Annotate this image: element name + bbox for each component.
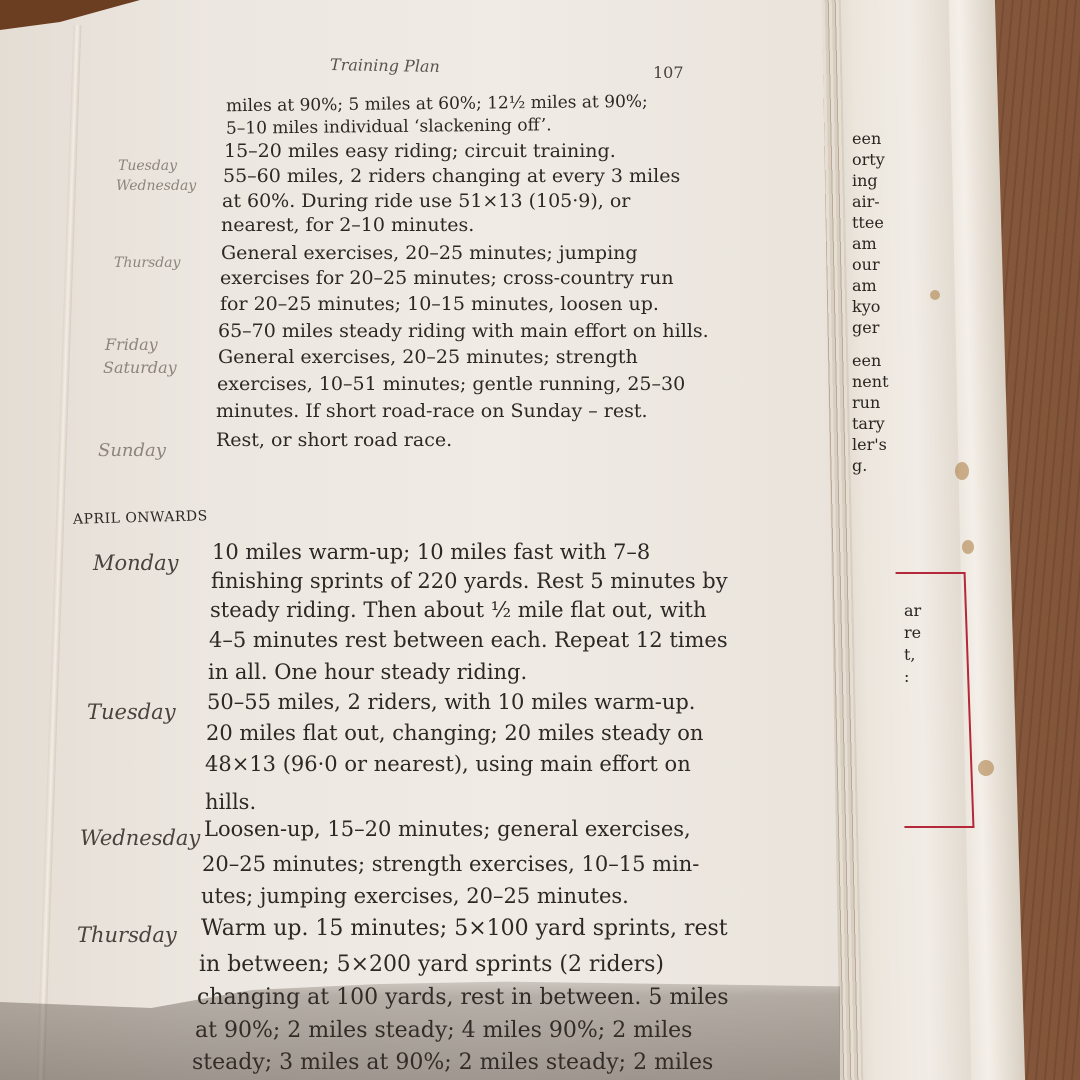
boxed-fragment: t, [904, 644, 921, 666]
fragment: air- [852, 191, 922, 212]
fragment-gap [852, 338, 922, 350]
foxing-stain [930, 290, 940, 300]
text-line: minutes. If short road-race on Sunday – … [216, 400, 648, 422]
text-line: Warm up. 15 minutes; 5×100 yard sprints,… [201, 916, 728, 941]
fragment: ler's [852, 434, 922, 455]
text-line: 20–25 minutes; strength exercises, 10–15… [202, 852, 699, 876]
text-line: 55–60 miles, 2 riders changing at every … [223, 165, 680, 187]
fragment: ttee [852, 212, 922, 233]
fragment: ing [852, 170, 922, 191]
day-label-thursday: Thursday [114, 255, 180, 271]
text-line: 20 miles flat out, changing; 20 miles st… [206, 721, 703, 745]
fragment: kyo [852, 296, 922, 317]
text-line: General exercises, 20–25 minutes; jumpin… [221, 242, 638, 264]
foxing-stain [962, 540, 974, 554]
fragment: tary [852, 413, 922, 434]
foxing-stain [955, 462, 969, 480]
day-label-friday: Friday [105, 335, 158, 354]
text-line: Rest, or short road race. [216, 429, 452, 451]
fragment: am [852, 233, 922, 254]
text-line: exercises for 20–25 minutes; cross-count… [220, 267, 674, 289]
day-label-sunday: Sunday [98, 440, 166, 461]
page-number: 107 [653, 63, 684, 82]
fragment: our [852, 254, 922, 275]
text-line: for 20–25 minutes; 10–15 minutes, loosen… [220, 293, 659, 315]
running-head: Training Plan [330, 55, 440, 76]
text-line: 10 miles warm-up; 10 miles fast with 7–8 [212, 540, 650, 564]
day-label-wednesday: Wednesday [116, 178, 196, 194]
day-label-monday: Monday [93, 551, 179, 575]
fragment: een [852, 350, 922, 371]
text-line: utes; jumping exercises, 20–25 minutes. [201, 884, 629, 908]
text-line: 65–70 miles steady riding with main effo… [218, 320, 709, 342]
text-line: 50–55 miles, 2 riders, with 10 miles war… [207, 690, 696, 714]
boxed-fragment: : [904, 666, 921, 688]
text-line: Loosen-up, 15–20 minutes; general exerci… [204, 817, 691, 841]
text-line: at 60%. During ride use 51×13 (105·9), o… [222, 190, 630, 212]
underlying-page-text: een orty ing air- ttee am our am kyo ger… [852, 128, 922, 476]
fragment: ger [852, 317, 922, 338]
text-line: exercises, 10–51 minutes; gentle running… [217, 373, 685, 395]
boxed-fragment: ar [904, 600, 921, 622]
fragment: nent [852, 371, 922, 392]
fragment: orty [852, 149, 922, 170]
text-line: nearest, for 2–10 minutes. [221, 214, 474, 236]
text-line: 15–20 miles easy riding; circuit trainin… [224, 140, 616, 162]
text-line: 4–5 minutes rest between each. Repeat 12… [209, 628, 728, 652]
fragment: een [852, 128, 922, 149]
day-label-wednesday: Wednesday [80, 826, 200, 850]
day-label-tuesday: Tuesday [87, 700, 176, 724]
boxed-fragment: re [904, 622, 921, 644]
text-line: finishing sprints of 220 yards. Rest 5 m… [211, 569, 728, 593]
text-line: 48×13 (96·0 or nearest), using main effo… [205, 752, 691, 776]
fragment: g. [852, 455, 922, 476]
text-line: General exercises, 20–25 minutes; streng… [218, 346, 638, 368]
boxed-text: ar re t, : [904, 600, 921, 688]
fragment: run [852, 392, 922, 413]
text-line: hills. [205, 790, 256, 814]
fragment: am [852, 275, 922, 296]
text-line: in all. One hour steady riding. [208, 660, 527, 684]
text-line: in between; 5×200 yard sprints (2 riders… [199, 952, 664, 977]
foxing-stain [978, 760, 994, 776]
day-label-saturday: Saturday [103, 358, 177, 377]
text-line: steady riding. Then about ½ mile flat ou… [210, 598, 707, 622]
day-label-tuesday: Tuesday [118, 158, 177, 174]
text-line: 5–10 miles individual ‘slackening off’. [226, 115, 552, 138]
day-label-thursday: Thursday [77, 923, 177, 947]
